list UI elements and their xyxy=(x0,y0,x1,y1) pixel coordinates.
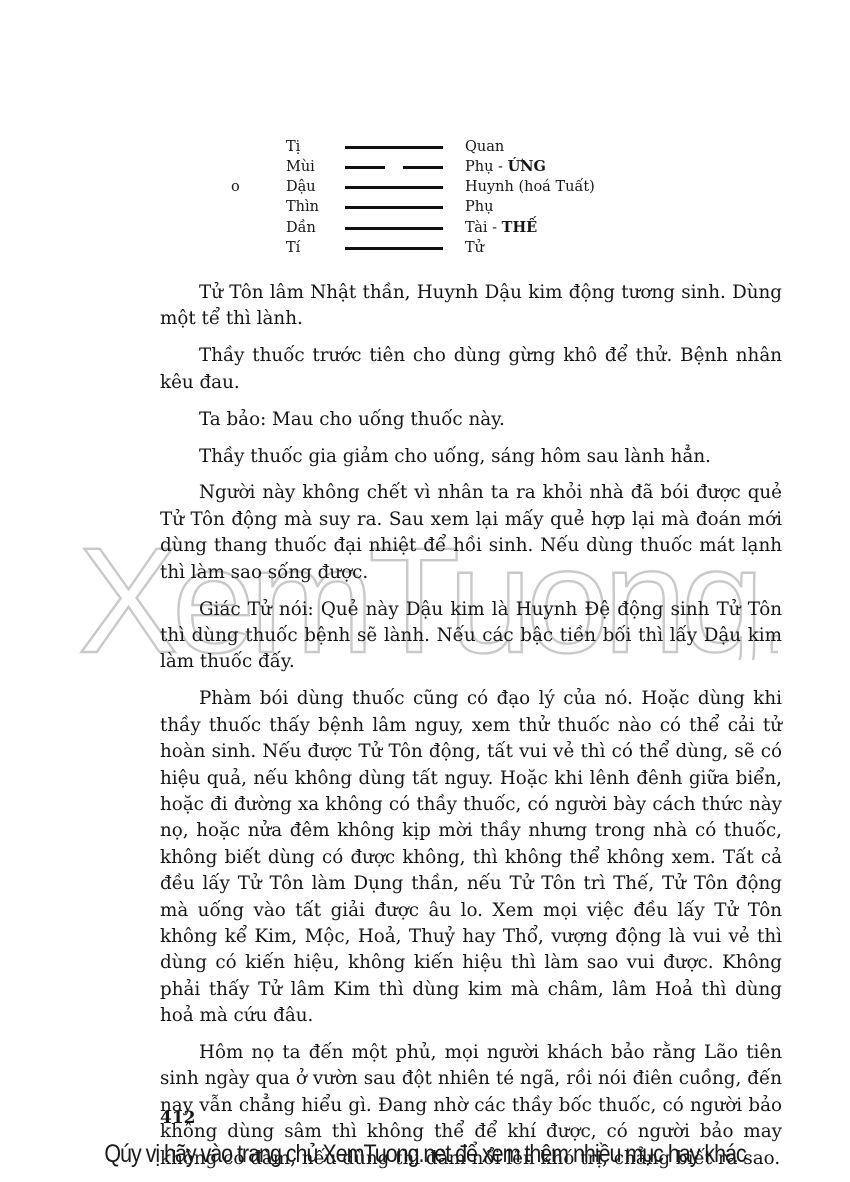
paragraph: Phàm bói dùng thuốc cũng có đạo lý của n… xyxy=(160,686,782,1029)
yang-line-icon xyxy=(345,206,443,209)
earthly-branch: Thìn xyxy=(286,197,319,217)
the-tag: THẾ xyxy=(502,219,538,236)
paragraph: Giác Tử nói: Quẻ này Dậu kim là Huynh Đệ… xyxy=(160,597,782,676)
paragraph: Thầy thuốc gia giảm cho uống, sáng hôm s… xyxy=(160,444,782,470)
paragraph: Tử Tôn lâm Nhật thần, Huynh Dậu kim động… xyxy=(160,280,782,333)
six-relation: Tử xyxy=(465,238,484,258)
hexagram-row: Thìn Phụ xyxy=(0,197,850,217)
page-number: 412 xyxy=(160,1108,196,1128)
six-relation: Huynh (hoá Tuất) xyxy=(465,177,595,197)
hexagram-row: Tí Tử xyxy=(0,238,850,258)
yang-line-icon xyxy=(345,247,443,250)
six-relation: Phụ - ỨNG xyxy=(465,157,546,177)
moving-line-mark: o xyxy=(231,177,240,197)
book-page: XemTuong.net Tị Quan Mùi Phụ - ỨNG o Dậu… xyxy=(0,0,850,1182)
earthly-branch: Dậu xyxy=(286,177,316,197)
earthly-branch: Mùi xyxy=(286,157,315,177)
six-relation: Tài - THẾ xyxy=(465,218,537,238)
earthly-branch: Dần xyxy=(286,218,316,238)
yang-line-icon xyxy=(345,227,443,230)
hexagram-row: o Dậu Huynh (hoá Tuất) xyxy=(0,177,850,197)
footer-banner: Qúy vị hãy vào trang chủ XemTuong.net để… xyxy=(60,1140,791,1169)
earthly-branch: Tí xyxy=(286,238,300,258)
yang-line-icon xyxy=(345,146,443,149)
hexagram-row: Dần Tài - THẾ xyxy=(0,218,850,238)
body-text: Tử Tôn lâm Nhật thần, Huynh Dậu kim động… xyxy=(160,280,782,1182)
paragraph: Người này không chết vì nhân ta ra khỏi … xyxy=(160,480,782,586)
paragraph: Ta bảo: Mau cho uống thuốc này. xyxy=(160,407,782,433)
yang-line-icon xyxy=(345,186,443,189)
six-relation: Quan xyxy=(465,137,504,157)
paragraph: Thầy thuốc trước tiên cho dùng gừng khô … xyxy=(160,343,782,396)
hexagram-row: Tị Quan xyxy=(0,137,850,157)
yin-line-icon xyxy=(345,166,443,169)
ung-tag: ỨNG xyxy=(508,158,546,175)
six-relation: Phụ xyxy=(465,197,493,217)
earthly-branch: Tị xyxy=(286,137,300,157)
hexagram-row: Mùi Phụ - ỨNG xyxy=(0,157,850,177)
